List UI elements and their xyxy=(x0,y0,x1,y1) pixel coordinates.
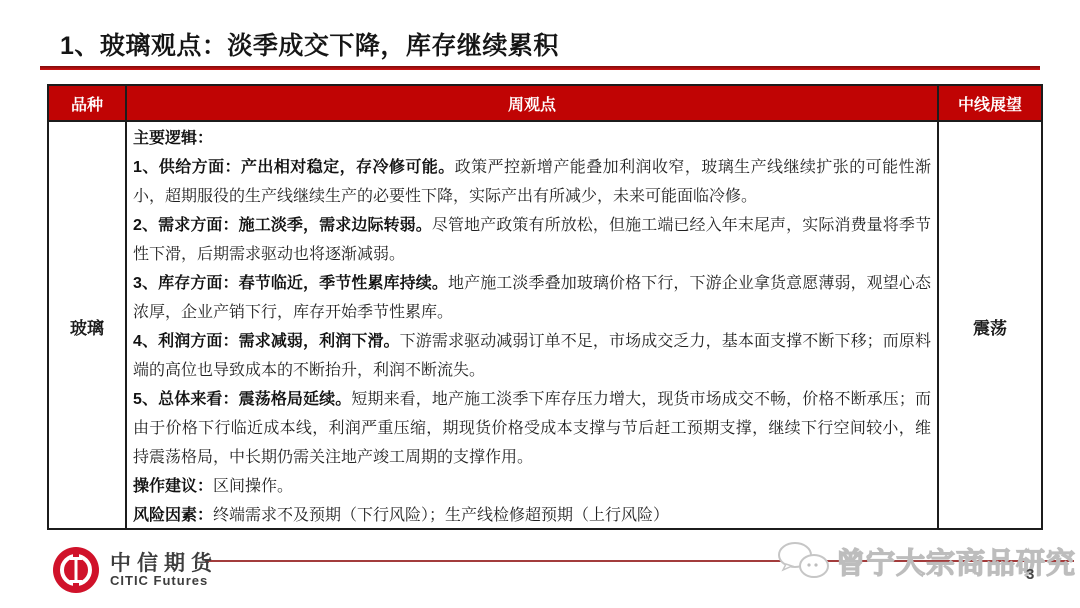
brand-name-english: CITIC Futures xyxy=(110,573,208,588)
outlook-cell: 震荡 xyxy=(939,122,1041,530)
paragraph-operation-advice: 操作建议：区间操作。 xyxy=(133,472,931,501)
paragraph-main-logic: 主要逻辑： xyxy=(133,124,931,153)
paragraph-profit: 4、利润方面：需求减弱，利润下滑。下游需求驱动减弱订单不足，市场成交乏力，基本面… xyxy=(133,327,931,385)
paragraph-supply: 1、供给方面：产出相对稳定，存冷修可能。政策严控新增产能叠加利润收窄，玻璃生产线… xyxy=(133,153,931,211)
research-team-watermark: 曾宁大宗商品研究 xyxy=(836,541,1076,582)
variety-cell: 玻璃 xyxy=(49,122,127,530)
weekly-view-cell: 主要逻辑： 1、供给方面：产出相对稳定，存冷修可能。政策严控新增产能叠加利润收窄… xyxy=(127,122,939,530)
paragraph-risk-factors: 风险因素：终端需求不及预期（下行风险）；生产线检修超预期（上行风险） xyxy=(133,501,931,530)
page-number: 3 xyxy=(1026,566,1034,583)
title-divider xyxy=(40,66,1040,70)
paragraph-overall: 5、总体来看：震荡格局延续。短期来看，地产施工淡季下库存压力增大，现货市场成交不… xyxy=(133,385,931,472)
table-header-row: 品种 周观点 中线展望 xyxy=(49,86,1041,122)
paragraph-demand: 2、需求方面：施工淡季，需求边际转弱。尽管地产政策有所放松，但施工端已经入年末尾… xyxy=(133,211,931,269)
column-header-weekly-view: 周观点 xyxy=(127,86,939,120)
viewpoint-table: 品种 周观点 中线展望 玻璃 主要逻辑： 1、供给方面：产出相对稳定，存冷修可能… xyxy=(47,84,1043,530)
column-header-variety: 品种 xyxy=(49,86,127,120)
table-body-row: 玻璃 主要逻辑： 1、供给方面：产出相对稳定，存冷修可能。政策严控新增产能叠加利… xyxy=(49,122,1041,528)
chat-bubbles-icon xyxy=(776,539,838,592)
slide-page: 1、玻璃观点：淡季成交下降，库存继续累积 品种 周观点 中线展望 玻璃 主要逻辑… xyxy=(0,0,1080,608)
citic-logo-icon xyxy=(52,546,100,599)
page-title: 1、玻璃观点：淡季成交下降，库存继续累积 xyxy=(60,26,559,62)
column-header-midline-outlook: 中线展望 xyxy=(939,86,1041,120)
paragraph-inventory: 3、库存方面：春节临近，季节性累库持续。地产施工淡季叠加玻璃价格下行，下游企业拿… xyxy=(133,269,931,327)
